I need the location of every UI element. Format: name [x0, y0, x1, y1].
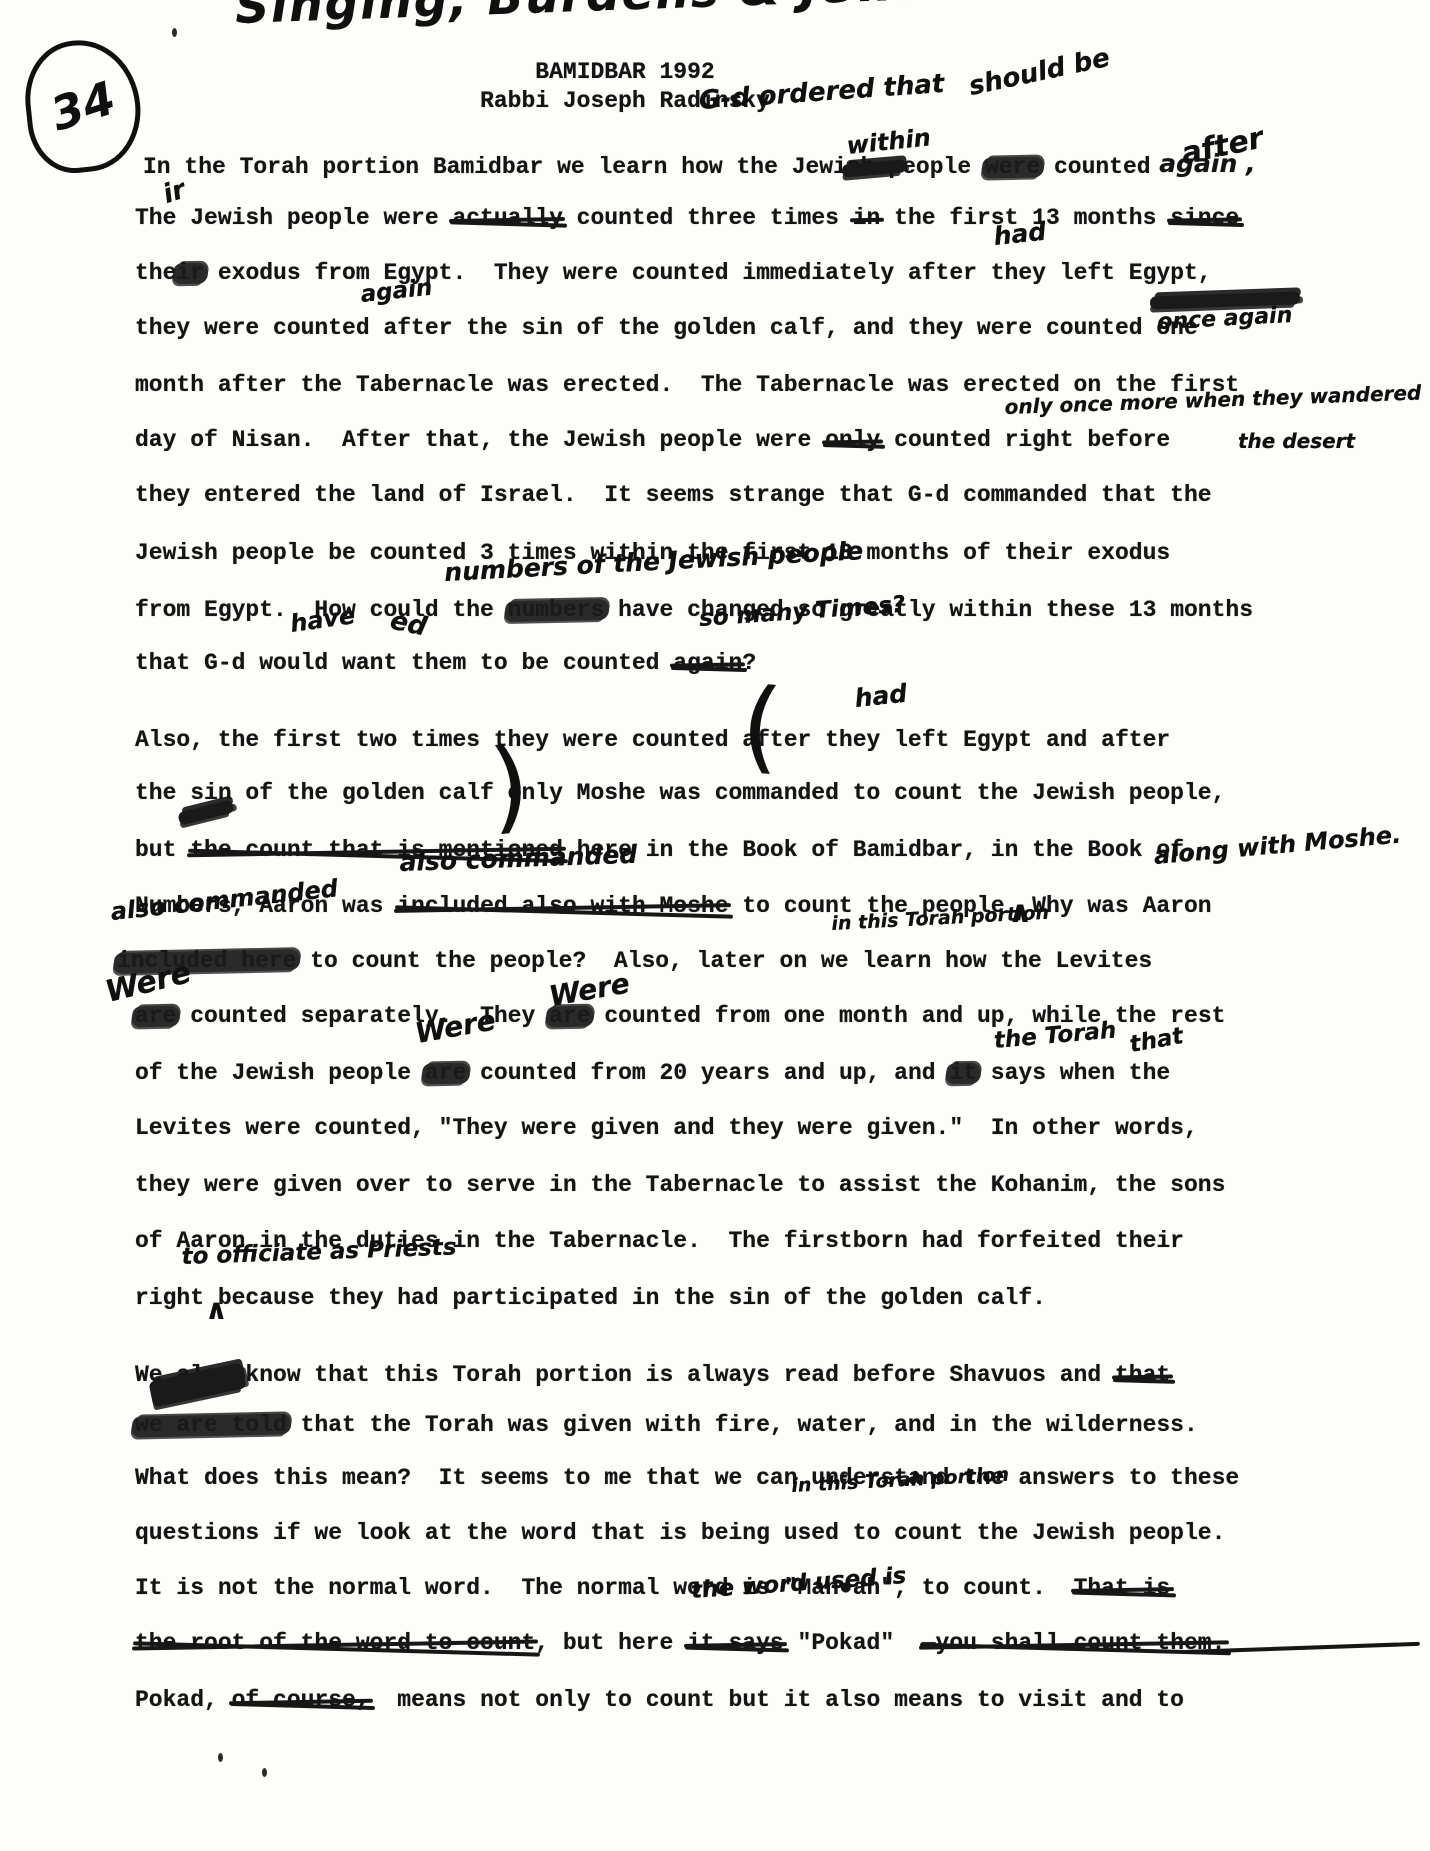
handwritten-header-title: Singing, Burdens & Jewish Survival [234, 0, 1233, 31]
typed-line: day of Nisan. After that, the Jewish peo… [135, 427, 1170, 455]
typed-text: that the Torah was given with fire, wate… [287, 1412, 1198, 1440]
typed-text: day of Nisan. After that, the Jewish peo… [135, 427, 825, 455]
typed-text: "Pokad" [784, 1630, 922, 1658]
ink-speck [172, 28, 177, 37]
typed-text: means not only to count but it also mean… [370, 1687, 1184, 1715]
typed-text: but [135, 837, 190, 865]
struck-out-text: that [1115, 1362, 1170, 1390]
typed-line: the root of the word to count, but here … [135, 1630, 1225, 1658]
typed-line: The Jewish people were actually counted … [135, 205, 1239, 233]
struck-out-text: numbers [508, 597, 605, 625]
typed-text: , but here [535, 1630, 687, 1658]
struck-out-text: we are told [135, 1412, 287, 1440]
struck-out-text: are [425, 1060, 466, 1088]
struck-out-text: included also with Moshe [397, 893, 728, 921]
handwritten-annotation: that [1128, 1025, 1185, 1057]
typed-text: they were counted after the sin of the g… [135, 315, 1198, 343]
typed-line: but the count that is mentioned here in … [135, 837, 1198, 865]
typed-text: that G-d would want them to be counted [135, 650, 673, 678]
struck-out-text: the root of the word to count [135, 1630, 535, 1658]
typed-line: we are told that the Torah was given wit… [135, 1412, 1198, 1440]
typed-line: We also know that this Torah portion is … [135, 1362, 1170, 1390]
typed-text: here in the Book of Bamidbar, in the Boo… [563, 837, 1198, 865]
handwritten-annotation: also commanded [399, 842, 637, 875]
typed-text: It is not the normal word. The normal wo… [135, 1575, 1074, 1603]
typed-text: We also know that this Torah portion is … [135, 1362, 1115, 1390]
typed-text: to count the people? Also, later on we l… [296, 948, 1152, 976]
handwritten-annotation: along with Moshe. [1153, 822, 1402, 868]
typed-line: they were given over to serve in the Tab… [135, 1172, 1225, 1200]
typed-text: the [135, 260, 176, 288]
typed-line: their exodus from Egypt. They were count… [135, 260, 1212, 288]
document-author: Rabbi Joseph Radinsky [0, 87, 1250, 116]
handwritten-annotation: ∧ [205, 1296, 228, 1324]
typed-line: Also, the first two times they were coun… [135, 727, 1170, 755]
struck-out-text: of course, [232, 1687, 370, 1715]
typed-text: of the Jewish people [135, 1060, 425, 1088]
typed-line: they were counted after the sin of the g… [135, 315, 1198, 343]
typed-text: questions if we look at the word that is… [135, 1520, 1225, 1548]
typed-line: What does this mean? It seems to me that… [135, 1465, 1239, 1493]
typed-text: Levites were counted, "They were given a… [135, 1115, 1198, 1143]
struck-out-text: That is [1074, 1575, 1171, 1603]
handwritten-annotation: ) [487, 735, 533, 837]
handwritten-annotation: had [853, 681, 908, 711]
typed-text: counted right before [880, 427, 1170, 455]
typed-text: right because they had participated in t… [135, 1285, 1046, 1313]
typed-line: Pokad, of course, means not only to coun… [135, 1687, 1184, 1715]
struck-out-text: —you shall count them. [922, 1630, 1226, 1658]
struck-out-text: were [985, 154, 1040, 182]
typed-text: The Jewish people were [135, 205, 452, 233]
typed-line: Levites were counted, "They were given a… [135, 1115, 1198, 1143]
typed-text: counted from 20 years and up, and [466, 1060, 949, 1088]
typed-text: they entered the land of Israel. It seem… [135, 482, 1212, 510]
typed-line: they entered the land of Israel. It seem… [135, 482, 1212, 510]
typed-line: of the Jewish people are counted from 20… [135, 1060, 1170, 1088]
struck-out-text: since [1170, 205, 1239, 233]
struck-out-text: are [135, 1003, 176, 1031]
ink-speck [218, 1753, 223, 1762]
typed-line: the sin of the golden calf only Moshe wa… [135, 780, 1225, 808]
typed-line: right because they had participated in t… [135, 1285, 1046, 1313]
ink-speck [262, 1768, 267, 1777]
handwritten-annotation: again [360, 277, 434, 307]
typed-text: Pokad, [135, 1687, 232, 1715]
struck-out-text: again [673, 650, 742, 678]
struck-out-text: only [825, 427, 880, 455]
struck-out-text: it [949, 1060, 977, 1088]
typed-text: counted three times [563, 205, 853, 233]
struck-out-text: ir [176, 260, 204, 288]
handwritten-annotation: had [992, 219, 1047, 249]
typed-text: Also, the first two times they were coun… [135, 727, 1170, 755]
typed-text: says when the [977, 1060, 1170, 1088]
typed-text: the sin of the golden calf only Moshe wa… [135, 780, 1225, 808]
typed-line: It is not the normal word. The normal wo… [135, 1575, 1170, 1603]
typed-line: In the Torah portion Bamidbar we learn h… [143, 150, 1256, 182]
handwritten-annotation: the desert [1238, 431, 1355, 451]
document-page: Singing, Burdens & Jewish Survival 34 BA… [0, 0, 1430, 1851]
typed-line: included here to count the people? Also,… [117, 948, 1152, 976]
typed-line: that G-d would want them to be counted a… [135, 650, 756, 678]
typed-text: they were given over to serve in the Tab… [135, 1172, 1225, 1200]
struck-out-text: it says [687, 1630, 784, 1658]
handwritten-annotation: once again [1157, 305, 1293, 334]
struck-out-text: in [853, 205, 881, 233]
typed-text: What does this mean? It seems to me that… [135, 1465, 1239, 1493]
handwritten-annotation: ( [739, 675, 785, 777]
handwritten-annotation: have [289, 603, 357, 636]
typed-text: counted [1040, 154, 1150, 182]
struck-out-text: actually [452, 205, 562, 233]
typed-text: counted from one month and up, while the… [591, 1003, 1226, 1031]
typed-text: exodus from Egypt. They were counted imm… [204, 260, 1212, 288]
handwritten-annotation: ed [388, 608, 429, 641]
typed-line: questions if we look at the word that is… [135, 1520, 1225, 1548]
